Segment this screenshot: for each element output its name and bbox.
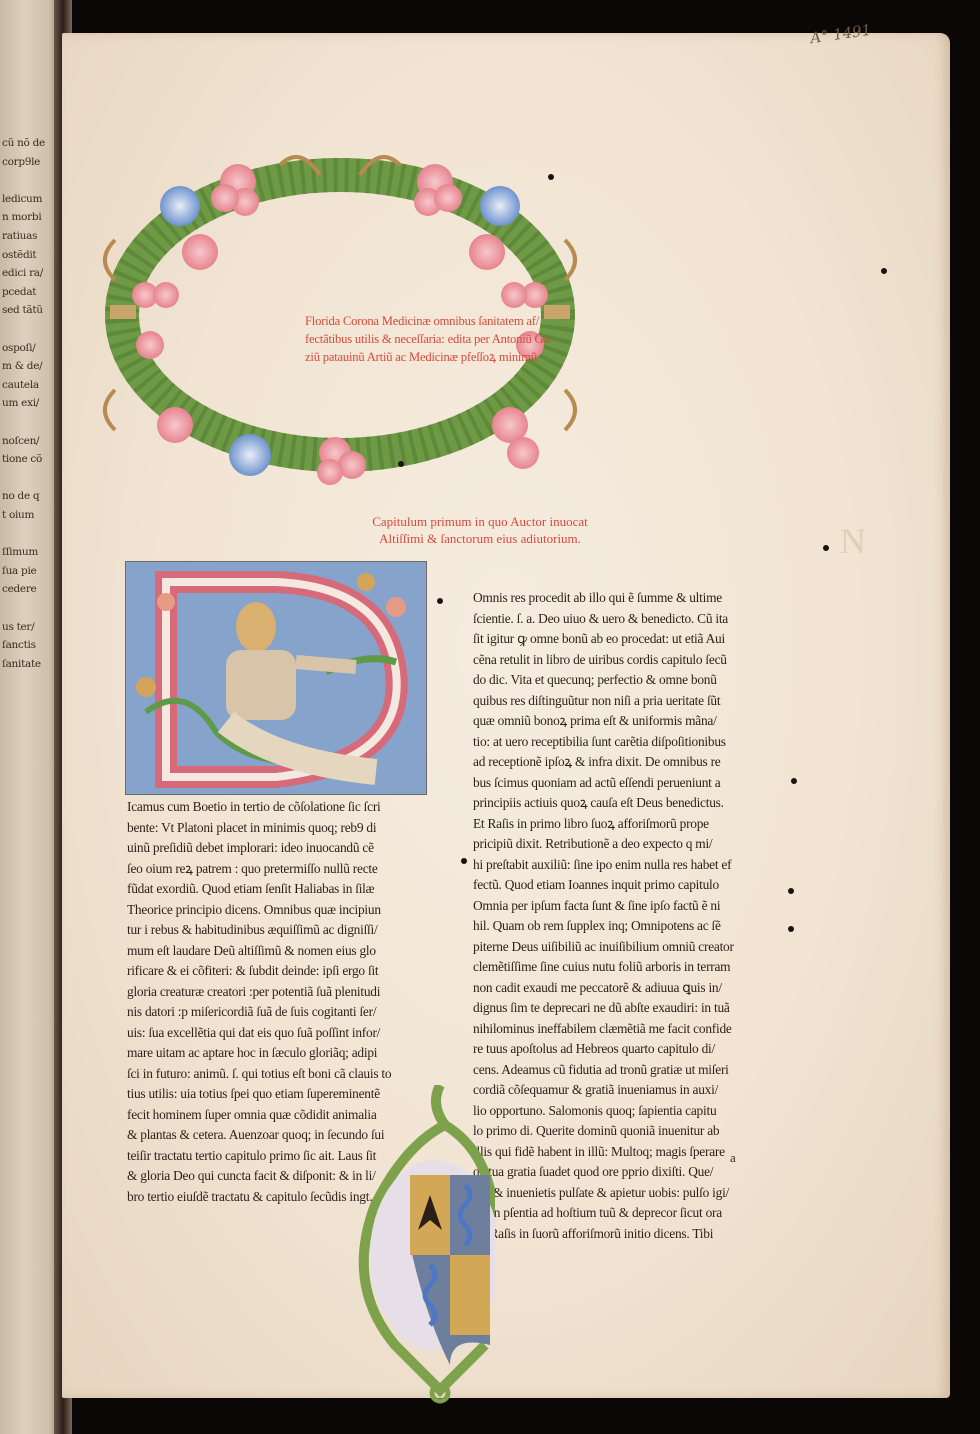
left-page-text-line: cũ nõ de bbox=[2, 136, 45, 150]
left-page-text-line: ratiuas bbox=[2, 229, 37, 243]
text-line: Et Raſis in primo libro ſuoꝝ afforiſmorũ… bbox=[473, 814, 813, 835]
left-page-text-line: t oium bbox=[2, 508, 34, 522]
ink-spot bbox=[823, 545, 829, 551]
chapter-line: Capitulum primum in quo Auctor inuocat bbox=[330, 513, 630, 530]
text-line: Theorice principio dicens. Omnibus quæ i… bbox=[127, 900, 442, 921]
text-line: principiis actiuis quoꝝ cauſa eſt Deus b… bbox=[473, 793, 813, 814]
text-line: bus ſcimus quoniam ad actũ eſſendi perue… bbox=[473, 773, 813, 794]
text-line: lio opportuno. Salomonis quoq; ſapientia… bbox=[473, 1101, 813, 1122]
chapter-line: Altiſſimi & ſanctorum eius adiutorium. bbox=[330, 530, 630, 547]
text-line: do dic. Vita et quecunq; perfectio & omn… bbox=[473, 670, 813, 691]
text-line: piterne Deus uiſibiliũ ac inuiſibilium o… bbox=[473, 937, 813, 958]
show-through-letter: N bbox=[840, 520, 866, 562]
left-page-text-line: ostẽdit bbox=[2, 248, 36, 262]
left-page-text-line: cautela bbox=[2, 378, 39, 392]
left-page-text-line: m & de/ bbox=[2, 359, 42, 373]
text-line: rite & inuenietis pulſate & apietur uobi… bbox=[473, 1183, 813, 1204]
text-line: nihilominus ineffabilem clæmẽtiã me faci… bbox=[473, 1019, 813, 1040]
text-line: illis qui fidẽ habent in illũ: Multoq; m… bbox=[473, 1142, 813, 1163]
text-line: tur in pſentia ad hoſtium tuũ & deprecor… bbox=[473, 1203, 813, 1224]
left-page-text-line: ſſimum bbox=[2, 545, 38, 559]
ink-spot bbox=[398, 461, 404, 467]
text-line: Omnia per ipſum facta ſunt & ſine ipſo f… bbox=[473, 896, 813, 917]
coat-of-arms-icon bbox=[335, 1085, 495, 1405]
text-line: de tua gratia ſuadet quod ore pprio dixi… bbox=[473, 1162, 813, 1183]
ink-spot bbox=[548, 174, 554, 180]
right-text-column: Omnis res procedit ab illo qui ẽ ſumme &… bbox=[473, 588, 813, 1244]
decorated-initial bbox=[125, 561, 427, 795]
text-line: tio: at uero receptibilia ſunt carẽtia d… bbox=[473, 732, 813, 753]
left-page-text-line: noſcen/ bbox=[2, 434, 39, 448]
left-page-text-line: ledicum bbox=[2, 192, 42, 206]
text-line: cẽna retulit in libro de uiribus cordis … bbox=[473, 650, 813, 671]
left-page-text-line: ſanctis bbox=[2, 638, 36, 652]
text-line: quæ omniũ bonoꝝ prima eſt & uniformis mã… bbox=[473, 711, 813, 732]
ink-spot bbox=[881, 268, 887, 274]
ink-spot bbox=[788, 888, 794, 894]
ink-spot bbox=[437, 598, 443, 604]
text-line: hil. Quam ob rem ſupplex inq; Omnipotens… bbox=[473, 916, 813, 937]
text-line: cordiã cõſequamur & gratiã inueniamus in… bbox=[473, 1080, 813, 1101]
ink-spot bbox=[788, 926, 794, 932]
left-page-text-line: corp9le bbox=[2, 155, 40, 169]
historiated-initial-icon bbox=[126, 562, 426, 794]
left-page-text-line: ſanitate bbox=[2, 657, 41, 671]
text-line: quibus res diſtinguũtur non niſi a pria … bbox=[473, 691, 813, 712]
text-line: ad receptionẽ ipſoꝝ & infra dixit. De om… bbox=[473, 752, 813, 773]
text-line: fectũ. Quod etiam Ioannes inquit primo c… bbox=[473, 875, 813, 896]
text-line: uit Raſis in ſuorũ afforiſmorũ initio di… bbox=[473, 1224, 813, 1245]
text-line: fũdat exordiũ. Quod etiam ſenſit Haliaba… bbox=[127, 879, 442, 900]
text-line: hi preſtabit auxiliũ: ſine ipo enim null… bbox=[473, 855, 813, 876]
left-page-text-line: ſua pie bbox=[2, 564, 36, 578]
ink-spot bbox=[461, 858, 467, 864]
text-line: pricipiũ dixit. Retributionẽ a deo expec… bbox=[473, 834, 813, 855]
ink-spot bbox=[791, 778, 797, 784]
text-line: cens. Adeamus cũ fidutia ad tronũ gratiæ… bbox=[473, 1060, 813, 1081]
title-line: Florida Corona Medicinæ omnibus ſanitate… bbox=[305, 312, 655, 330]
text-line: Omnis res procedit ab illo qui ẽ ſumme &… bbox=[473, 588, 813, 609]
left-page-text-line: us ter/ bbox=[2, 620, 34, 634]
text-line: ſit igitur ꝙ omne bonũ ab eo procedat: u… bbox=[473, 629, 813, 650]
title-rubric: Florida Corona Medicinæ omnibus ſanitate… bbox=[305, 312, 655, 366]
left-page-text-line: tione cõ bbox=[2, 452, 42, 466]
text-line: Icamus cum Boetio in tertio de cõſolatio… bbox=[127, 797, 442, 818]
text-line: nis datori :p miſericordiã ſuã de ſuis c… bbox=[127, 1002, 442, 1023]
left-page-text-line: pcedat bbox=[2, 285, 36, 299]
title-line: ziũ patauinũ Artiũ ac Medicinæ pfeſſoꝝ m… bbox=[305, 348, 655, 366]
text-line: gloria creaturæ creatori :per potentiã ſ… bbox=[127, 982, 442, 1003]
left-facing-page: cũ nõ decorp9leledicumn morbiratiuasostẽ… bbox=[0, 0, 62, 1434]
text-line: ſci in futuro: animũ. ſ. qui totius eſt … bbox=[127, 1064, 442, 1085]
text-line: clemẽtiſſime ſine cuius nutu foliũ arbor… bbox=[473, 957, 813, 978]
left-page-text-line: no de q bbox=[2, 489, 39, 503]
left-page-text-line: sed tãtũ bbox=[2, 303, 43, 317]
left-page-text-line: n morbi bbox=[2, 210, 41, 224]
text-line: non cadit exaudi me peccatorẽ & adiuua ꝗ… bbox=[473, 978, 813, 999]
text-line: mare uitam ac aptare hoc in ſæculo glori… bbox=[127, 1043, 442, 1064]
text-line: uinũ preſidiũ debet implorari: ideo inuo… bbox=[127, 838, 442, 859]
text-line: ſcientie. ſ. a. Deo uiuo & uero & benedi… bbox=[473, 609, 813, 630]
chapter-rubric: Capitulum primum in quo Auctor inuocat A… bbox=[330, 513, 630, 547]
text-line: bente: Vt Platoni placet in minimis quoq… bbox=[127, 818, 442, 839]
signature-mark: a bbox=[730, 1150, 736, 1166]
left-page-text-line: edici ra/ bbox=[2, 266, 43, 280]
text-line: lo primo di. Querite dominũ quoniã inuen… bbox=[473, 1121, 813, 1142]
text-line: tur i rebus & habitudinibus æquiſſimũ ac… bbox=[127, 920, 442, 941]
left-page-text-line: ospoſi/ bbox=[2, 341, 35, 355]
left-page-text-line: um exi/ bbox=[2, 396, 39, 410]
title-line: fectãtibus utilis & neceſſaria: edita pe… bbox=[305, 330, 655, 348]
text-line: uis: ſua excellẽtia qui dat eis quo ſuã … bbox=[127, 1023, 442, 1044]
text-line: rificare & ei cõfiteri: & ſubdit deinde:… bbox=[127, 961, 442, 982]
text-line: dignus ſim te deprecari ne dũ abſte exau… bbox=[473, 998, 813, 1019]
text-line: re tuus apoſtolus ad Hebreos quarto capi… bbox=[473, 1039, 813, 1060]
left-page-text-line: cedere bbox=[2, 582, 36, 596]
text-line: mum eſt laudare Deũ altiſſimũ & nomen ei… bbox=[127, 941, 442, 962]
text-line: ſeo oium reꝝ patrem : quo pretermiſſo nu… bbox=[127, 859, 442, 880]
